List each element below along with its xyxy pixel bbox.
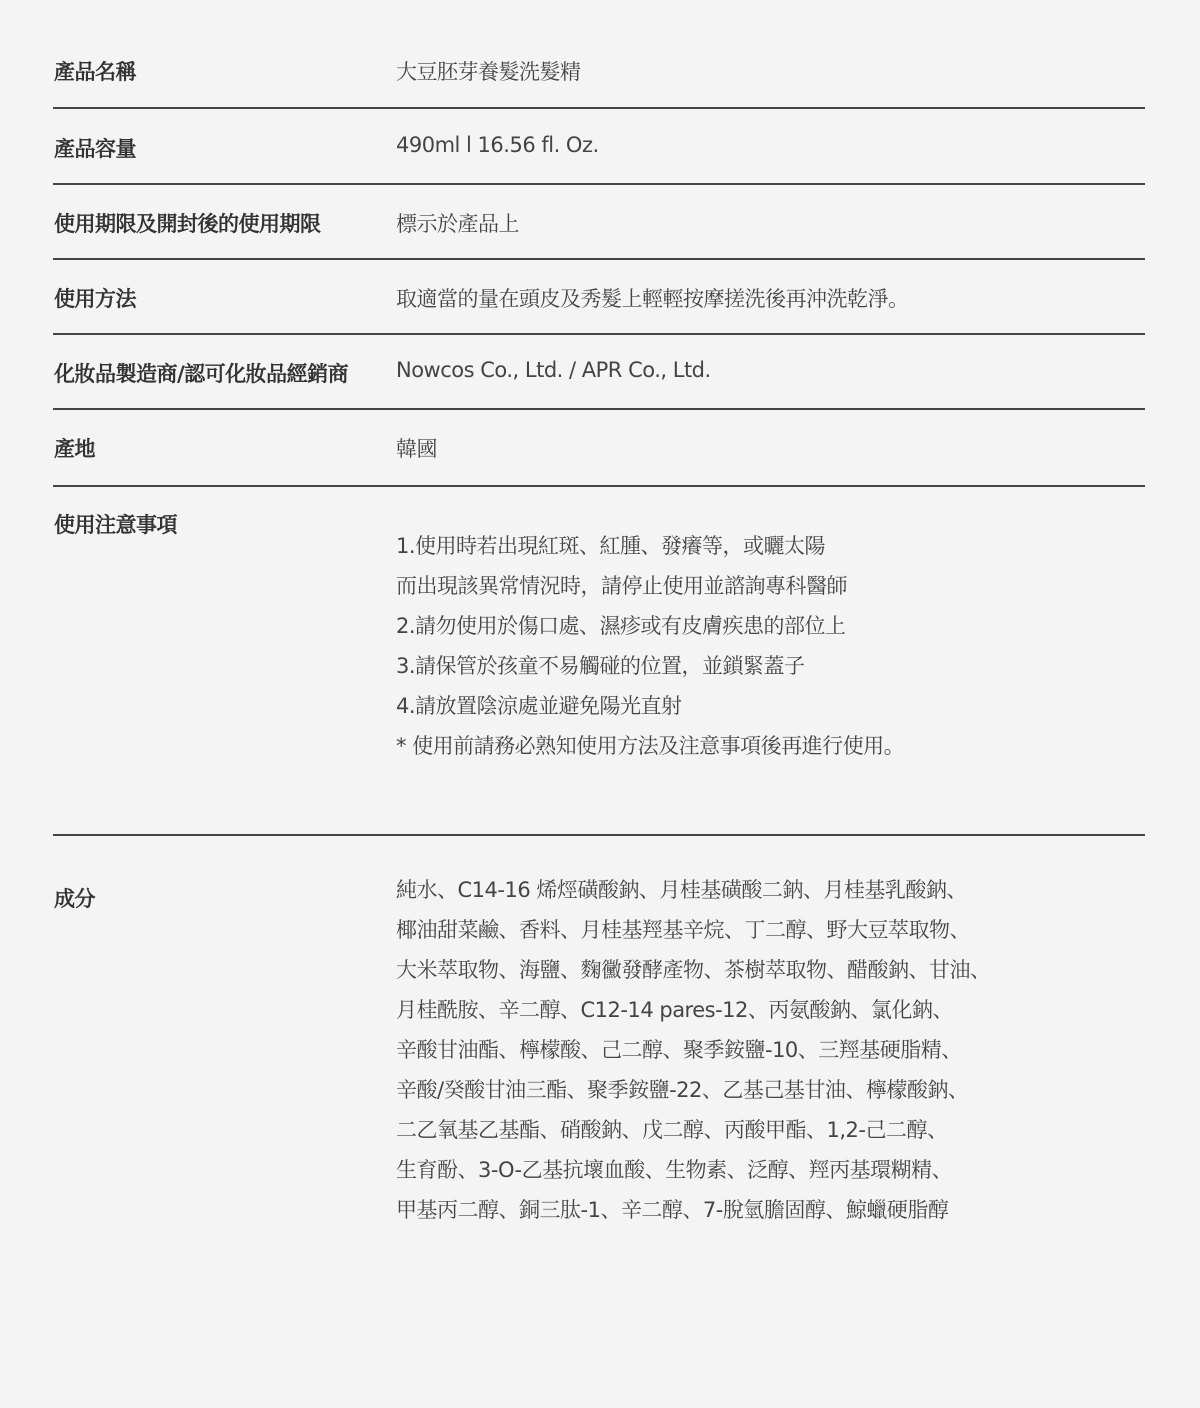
ingredient-line: 月桂酰胺、辛二醇、C12-14 pares-12、丙氨酸鈉、氯化鈉、 xyxy=(396,990,991,1030)
row-value: 490ml l 16.56 fl. Oz. xyxy=(396,133,599,157)
precautions-list: 1.使用時若出現紅斑、紅腫、發癢等，或曬太陽 而出現該異常情況時，請停止使用並諮… xyxy=(396,526,904,766)
row-label: 產地 xyxy=(54,433,95,463)
row-label: 產品容量 xyxy=(54,133,136,163)
ingredient-line: 生育酚、3-O-乙基抗壞血酸、生物素、泛醇、羥丙基環糊精、 xyxy=(396,1150,991,1190)
precaution-line: 3.請保管於孩童不易觸碰的位置，並鎖緊蓋子 xyxy=(396,646,904,686)
precaution-line: 1.使用時若出現紅斑、紅腫、發癢等，或曬太陽 xyxy=(396,526,904,566)
row-label: 使用注意事項 xyxy=(54,509,177,539)
ingredient-line: 大米萃取物、海鹽、麴黴發酵產物、茶樹萃取物、醋酸鈉、甘油、 xyxy=(396,950,991,990)
ingredient-line: 純水、C14-16 烯烴磺酸鈉、月桂基磺酸二鈉、月桂基乳酸鈉、 xyxy=(396,870,991,910)
row-value: 取適當的量在頭皮及秀髮上輕輕按摩搓洗後再沖洗乾淨。 xyxy=(396,283,909,313)
product-info-table: 產品名稱 大豆胚芽養髮洗髮精 產品容量 490ml l 16.56 fl. Oz… xyxy=(53,0,1145,1236)
precaution-line: * 使用前請務必熟知使用方法及注意事項後再進行使用。 xyxy=(396,726,904,766)
info-row-usage: 使用方法 取適當的量在頭皮及秀髮上輕輕按摩搓洗後再沖洗乾淨。 xyxy=(53,260,1145,335)
info-row-product-name: 產品名稱 大豆胚芽養髮洗髮精 xyxy=(53,0,1145,109)
info-row-manufacturer: 化妝品製造商/認可化妝品經銷商 Nowcos Co., Ltd. / APR C… xyxy=(53,335,1145,410)
precaution-line: 2.請勿使用於傷口處、濕疹或有皮膚疾患的部位上 xyxy=(396,606,904,646)
row-label: 化妝品製造商/認可化妝品經銷商 xyxy=(54,358,348,388)
row-value: 標示於產品上 xyxy=(396,208,519,238)
row-label: 成分 xyxy=(54,883,95,913)
row-value: Nowcos Co., Ltd. / APR Co., Ltd. xyxy=(396,358,711,382)
precaution-line: 而出現該異常情況時，請停止使用並諮詢專科醫師 xyxy=(396,566,904,606)
ingredient-line: 椰油甜菜鹼、香料、月桂基羥基辛烷、丁二醇、野大豆萃取物、 xyxy=(396,910,991,950)
row-value: 大豆胚芽養髮洗髮精 xyxy=(396,56,581,86)
info-row-ingredients: 成分 純水、C14-16 烯烴磺酸鈉、月桂基磺酸二鈉、月桂基乳酸鈉、 椰油甜菜鹼… xyxy=(53,836,1145,1236)
row-value: 韓國 xyxy=(396,433,437,463)
ingredient-line: 二乙氧基乙基酯、硝酸鈉、戊二醇、丙酸甲酯、1,2-己二醇、 xyxy=(396,1110,991,1150)
ingredients-list: 純水、C14-16 烯烴磺酸鈉、月桂基磺酸二鈉、月桂基乳酸鈉、 椰油甜菜鹼、香料… xyxy=(396,870,991,1230)
ingredient-line: 甲基丙二醇、銅三肽-1、辛二醇、7-脫氫膽固醇、鯨蠟硬脂醇 xyxy=(396,1190,991,1230)
info-row-expiry: 使用期限及開封後的使用期限 標示於產品上 xyxy=(53,185,1145,260)
row-label: 使用期限及開封後的使用期限 xyxy=(54,208,321,238)
ingredient-line: 辛酸/癸酸甘油三酯、聚季銨鹽-22、乙基己基甘油、檸檬酸鈉、 xyxy=(396,1070,991,1110)
row-label: 產品名稱 xyxy=(54,56,136,86)
info-row-precautions: 使用注意事項 1.使用時若出現紅斑、紅腫、發癢等，或曬太陽 而出現該異常情況時，… xyxy=(53,487,1145,836)
precaution-line: 4.請放置陰涼處並避免陽光直射 xyxy=(396,686,904,726)
info-row-volume: 產品容量 490ml l 16.56 fl. Oz. xyxy=(53,109,1145,185)
ingredient-line: 辛酸甘油酯、檸檬酸、己二醇、聚季銨鹽-10、三羥基硬脂精、 xyxy=(396,1030,991,1070)
row-label: 使用方法 xyxy=(54,283,136,313)
info-row-origin: 產地 韓國 xyxy=(53,410,1145,487)
